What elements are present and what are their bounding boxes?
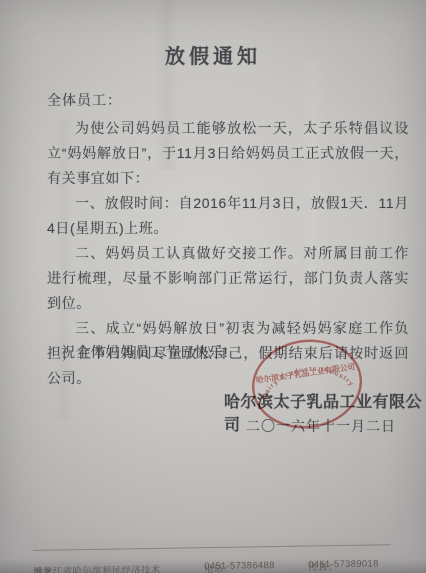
salutation: 全体员工： (47, 90, 122, 110)
paragraph-intro: 为使公司妈妈员工能够放松一天，太子乐特倡议设立“妈妈解放日”，于11月3日给妈妈… (47, 116, 409, 191)
page-title: 放假通知 (0, 40, 426, 69)
notice-page: 放假通知 全体员工： 为使公司妈妈员工能够放松一天，太子乐特倡议设立“妈妈解放日… (0, 0, 426, 573)
company-seal-stamp: Dairy Products Industry 哈尔滨太子乳品工业有限公司 (242, 328, 372, 439)
document-photo: 放假通知 全体员工： 为使公司妈妈员工能够放松一天，太子乐特倡议设立“妈妈解放日… (0, 0, 426, 573)
seal-company-text: 哈尔滨太子乳品工业有限公司 (255, 361, 355, 385)
paragraph-item-2: 二、妈妈员工认真做好交接工作。对所属目前工作进行梳理，尽量不影响部门正常运行，部… (47, 241, 409, 316)
paragraph-item-1: 一、放假时间：自2016年11月3日，放假1天．11月4日(星期五)上班。 (47, 191, 409, 241)
footer-divider (33, 544, 391, 551)
photo-bottom-shadow (0, 559, 426, 573)
